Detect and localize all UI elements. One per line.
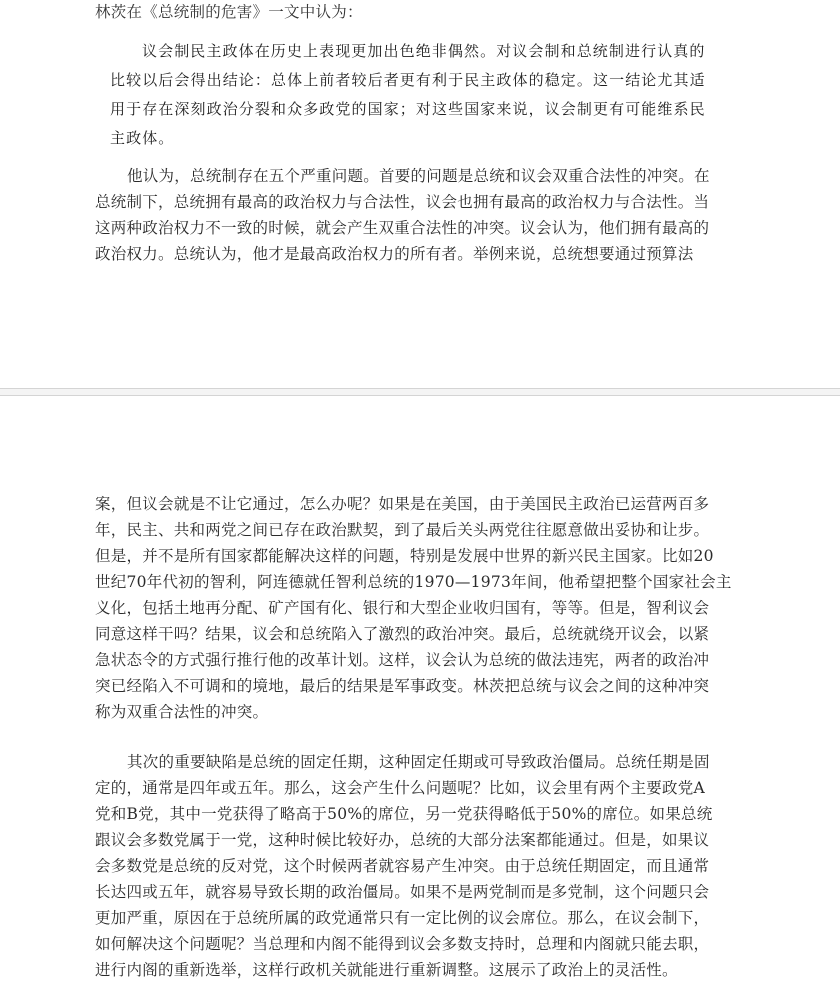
quote-line: 比较以后会得出结论：总体上前者较后者更有利于民主政体的稳定。这一结论尤其适 [110, 66, 750, 95]
paragraph-line: 世纪70年代初的智利，阿连德就任智利总统的1970—1973年间，他希望把整个国… [95, 569, 775, 595]
document-page-2: 案，但议会就是不让它通过，怎么办呢？如果是在美国，由于美国民主政治已运营两百多 … [0, 396, 840, 1000]
paragraph-line: 年，民主、共和两党之间已存在政治默契，到了最后关头两党往往愿意做出妥协和让步。 [95, 517, 775, 543]
paragraph-line: 突已经陷入不可调和的境地，最后的结果是军事政变。林茨把总统与议会之间的这种冲突 [95, 673, 775, 699]
paragraph-line: 总统制下，总统拥有最高的政治权力与合法性，议会也拥有最高的政治权力与合法性。当 [95, 189, 775, 215]
paragraph-line: 但是，并不是所有国家都能解决这样的问题，特别是发展中世界的新兴民主国家。比如20 [95, 543, 775, 569]
paragraph-line: 政治权力。总统认为，他才是最高政治权力的所有者。举例来说，总统想要通过预算法 [95, 241, 775, 267]
paragraph-line: 急状态令的方式强行推行他的改革计划。这样，议会认为总统的做法违宪，两者的政治冲 [95, 647, 775, 673]
paragraph-line: 跟议会多数党属于一党，这种时候比较好办，总统的大部分法案都能通过。但是，如果议 [95, 827, 775, 853]
paragraph-line: 其次的重要缺陷是总统的固定任期，这种固定任期或可导致政治僵局。总统任期是固 [95, 749, 775, 775]
quote-line: 议会制民主政体在历史上表现更加出色绝非偶然。对议会制和总统制进行认真的 [110, 37, 750, 66]
paragraph-line: 同意这样干吗？结果，议会和总统陷入了激烈的政治冲突。最后，总统就绕开议会，以紧 [95, 621, 775, 647]
block-quote: 议会制民主政体在历史上表现更加出色绝非偶然。对议会制和总统制进行认真的 比较以后… [110, 37, 750, 153]
paragraph-line: 他认为，总统制存在五个严重问题。首要的问题是总统和议会双重合法性的冲突。在 [95, 163, 775, 189]
paragraph-line: 案，但议会就是不让它通过，怎么办呢？如果是在美国，由于美国民主政治已运营两百多 [95, 491, 775, 517]
paragraph-line: 称为双重合法性的冲突。 [95, 699, 775, 725]
paragraph-line: 长达四或五年，就容易导致长期的政治僵局。如果不是两党制而是多党制，这个问题只会 [95, 879, 775, 905]
intro-line: 林茨在《总统制的危害》一文中认为： [95, 0, 775, 25]
paragraph: 其次的重要缺陷是总统的固定任期，这种固定任期或可导致政治僵局。总统任期是固 定的… [95, 749, 775, 983]
paragraph-line: 更加严重，原因在于总统所属的政党通常只有一定比例的议会席位。那么，在议会制下， [95, 905, 775, 931]
paragraph-line: 这两种政治权力不一致的时候，就会产生双重合法性的冲突。议会认为，他们拥有最高的 [95, 215, 775, 241]
paragraph-line: 进行内阁的重新选举，这样行政机关就能进行重新调整。这展示了政治上的灵活性。 [95, 957, 775, 983]
paragraph: 他认为，总统制存在五个严重问题。首要的问题是总统和议会双重合法性的冲突。在 总统… [95, 163, 775, 267]
paragraph: 案，但议会就是不让它通过，怎么办呢？如果是在美国，由于美国民主政治已运营两百多 … [95, 491, 775, 725]
quote-line: 用于存在深刻政治分裂和众多政党的国家；对这些国家来说，议会制更有可能维系民 [110, 95, 750, 124]
paragraph-line: 会多数党是总统的反对党，这个时候两者就容易产生冲突。由于总统任期固定，而且通常 [95, 853, 775, 879]
page-separator [0, 388, 840, 396]
paragraph-line: 如何解决这个问题呢？当总理和内阁不能得到议会多数支持时，总理和内阁就只能去职， [95, 931, 775, 957]
paragraph-line: 义化，包括土地再分配、矿产国有化、银行和大型企业收归国有，等等。但是，智利议会 [95, 595, 775, 621]
quote-line: 主政体。 [110, 124, 750, 153]
paragraph-line: 定的，通常是四年或五年。那么，这会产生什么问题呢？比如，议会里有两个主要政党A [95, 775, 775, 801]
paragraph-line: 党和B党，其中一党获得了略高于50%的席位，另一党获得略低于50%的席位。如果总… [95, 801, 775, 827]
document-page-1: 林茨在《总统制的危害》一文中认为： 议会制民主政体在历史上表现更加出色绝非偶然。… [0, 0, 840, 388]
